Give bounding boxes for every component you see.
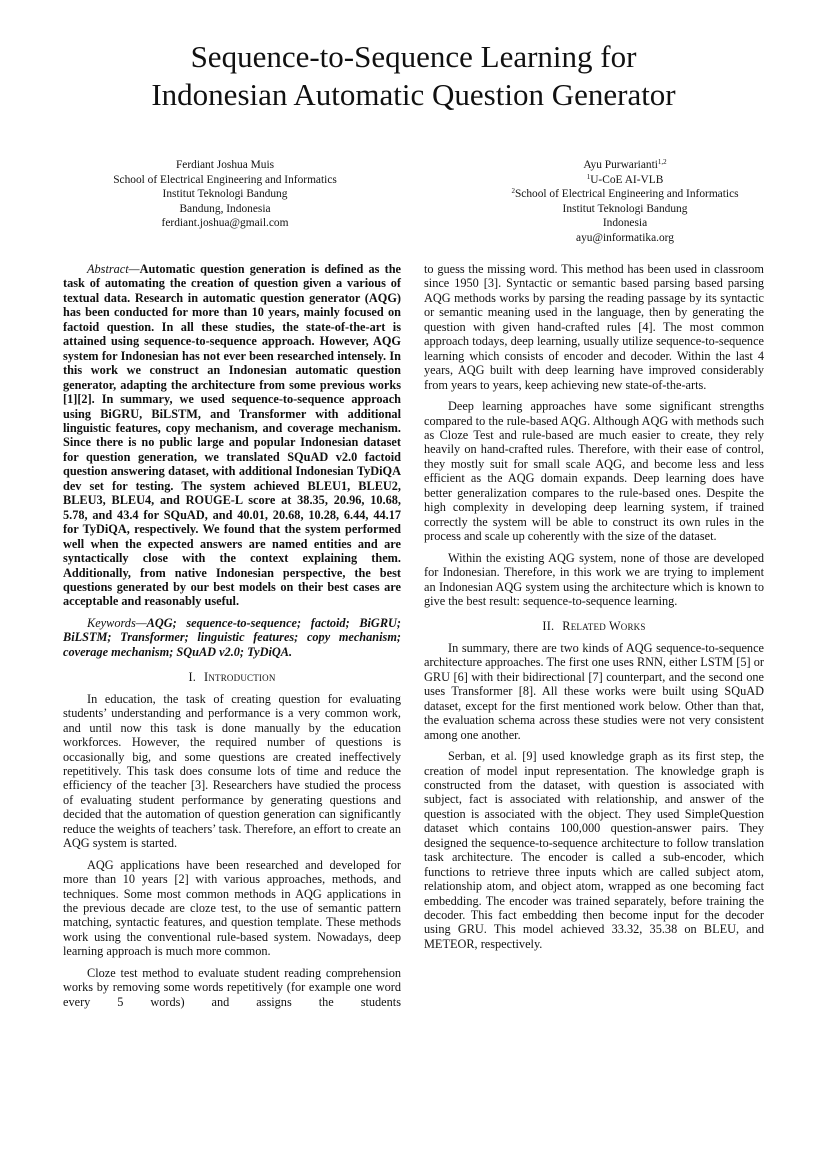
author-block-1: Ferdiant Joshua Muis School of Electrica… xyxy=(75,158,375,231)
paragraph: In education, the task of creating quest… xyxy=(63,692,401,851)
paragraph-continued: to guess the missing word. This method h… xyxy=(424,262,764,392)
author-affiliation-1: 1U-CoE AI-VLB xyxy=(450,173,800,188)
abstract-text: Automatic question generation is defined… xyxy=(63,262,401,608)
author-affiliation: School of Electrical Engineering and Inf… xyxy=(75,173,375,188)
author-block-2: Ayu Purwarianti1,2 1U-CoE AI-VLB 2School… xyxy=(450,158,800,245)
paragraph: AQG applications have been researched an… xyxy=(63,858,401,959)
author-sup: 1,2 xyxy=(658,158,667,166)
keywords: Keywords—AQG; sequence-to-sequence; fact… xyxy=(63,616,401,659)
author-name: Ayu Purwarianti1,2 xyxy=(450,158,800,173)
paragraph: Within the existing AQG system, none of … xyxy=(424,551,764,609)
keywords-label: Keywords— xyxy=(87,616,147,630)
paragraph: Serban, et al. [9] used knowledge graph … xyxy=(424,749,764,951)
right-column: to guess the missing word. This method h… xyxy=(424,262,764,958)
paragraph: Cloze test method to evaluate student re… xyxy=(63,966,401,1009)
title-line-2: Indonesian Automatic Question Generator xyxy=(0,76,827,114)
title-line-1: Sequence-to-Sequence Learning for xyxy=(0,38,827,76)
section-heading-introduction: I.Introduction xyxy=(63,670,401,684)
author-institution: Institut Teknologi Bandung xyxy=(450,202,800,217)
paragraph: In summary, there are two kinds of AQG s… xyxy=(424,641,764,742)
author-name: Ferdiant Joshua Muis xyxy=(75,158,375,173)
left-column: Abstract—Automatic question generation i… xyxy=(63,262,401,1016)
author-email[interactable]: ferdiant.joshua@gmail.com xyxy=(75,216,375,231)
paragraph: Deep learning approaches have some signi… xyxy=(424,399,764,544)
author-location: Indonesia xyxy=(450,216,800,231)
abstract: Abstract—Automatic question generation i… xyxy=(63,262,401,609)
author-email[interactable]: ayu@informatika.org xyxy=(450,231,800,246)
abstract-label: Abstract— xyxy=(87,262,140,276)
author-institution: Institut Teknologi Bandung xyxy=(75,187,375,202)
author-location: Bandung, Indonesia xyxy=(75,202,375,217)
paper-title: Sequence-to-Sequence Learning for Indone… xyxy=(0,38,827,114)
author-affiliation-2: 2School of Electrical Engineering and In… xyxy=(450,187,800,202)
section-heading-related-works: II.Related Works xyxy=(424,619,764,633)
